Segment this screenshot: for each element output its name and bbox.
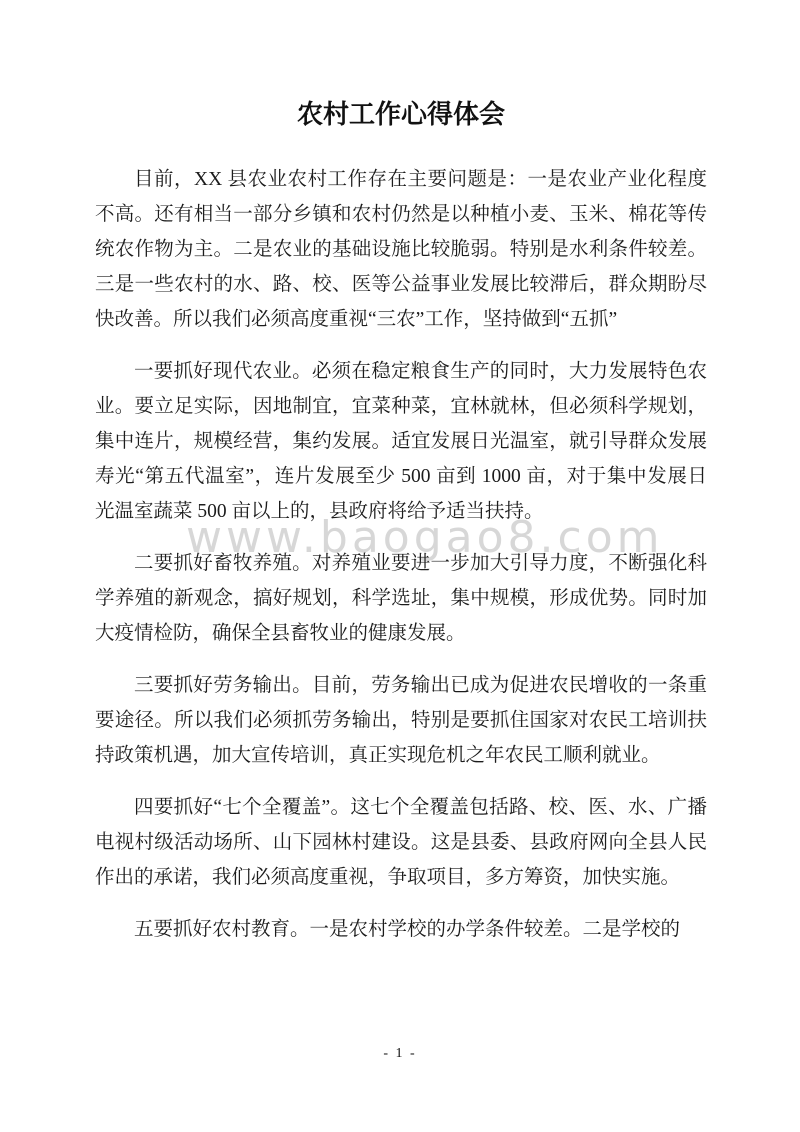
paragraph-intro: 目前，XX 县农业农村工作存在主要问题是：一是农业产业化程度不高。还有相当一部分… [95, 162, 707, 337]
paragraph-modern-agriculture: 一要抓好现代农业。必须在稳定粮食生产的同时，大力发展特色农业。要立足实际，因地制… [95, 354, 707, 529]
paragraph-labor-export: 三要抓好劳务输出。目前，劳务输出已成为促进农民增收的一条重要途径。所以我们必须抓… [95, 668, 707, 773]
document-body: 农村工作心得体会 目前，XX 县农业农村工作存在主要问题是：一是农业产业化程度不… [95, 96, 707, 964]
page-number: - 1 - [0, 1046, 800, 1062]
document-title: 农村工作心得体会 [95, 96, 707, 134]
paragraph-seven-coverages: 四要抓好“七个全覆盖”。这七个全覆盖包括路、校、医、水、广播电视村级活动场所、山… [95, 790, 707, 895]
paragraph-animal-husbandry: 二要抓好畜牧养殖。对养殖业要进一步加大引导力度，不断强化科学养殖的新观念，搞好规… [95, 546, 707, 651]
document-page: www.baogao8.com 农村工作心得体会 目前，XX 县农业农村工作存在… [0, 0, 800, 1132]
paragraph-rural-education: 五要抓好农村教育。一是农村学校的办学条件较差。二是学校的 [95, 912, 707, 947]
